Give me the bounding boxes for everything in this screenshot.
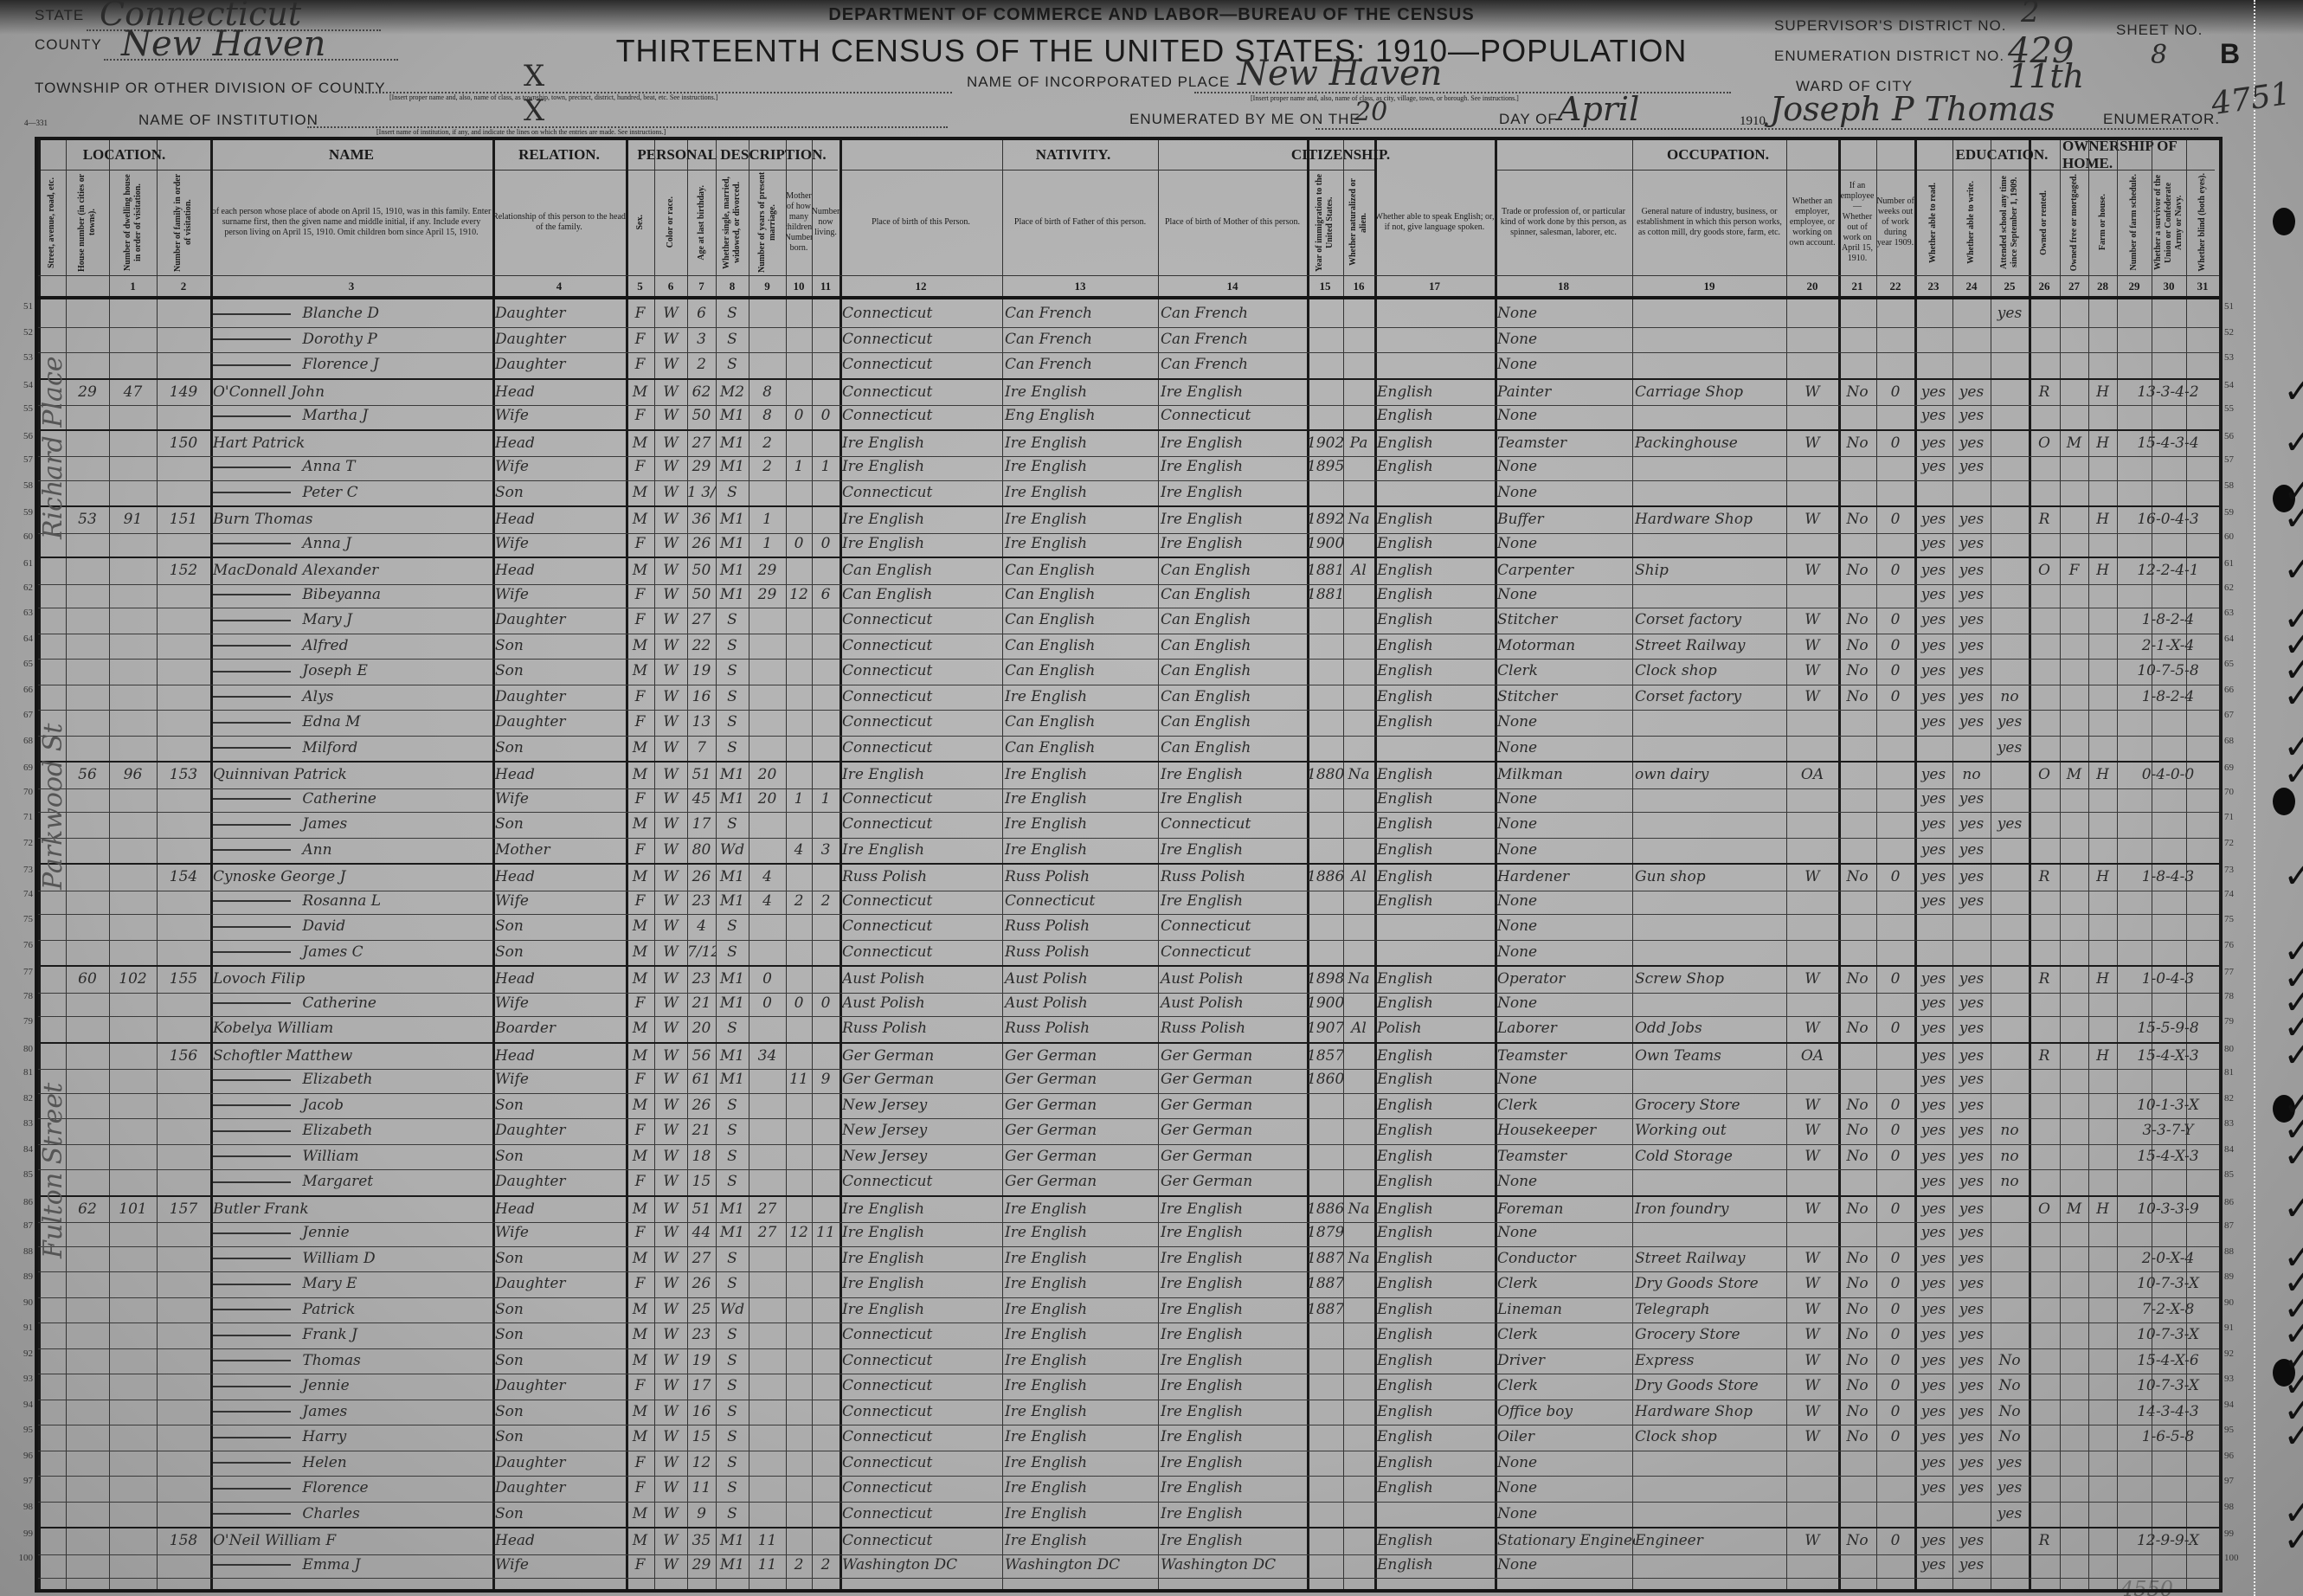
- line-number: 90: [7, 1297, 33, 1308]
- cell-school: [1991, 480, 2029, 505]
- table-row: 5858 Peter CSonMW1 3/12SConnecticutIre E…: [38, 480, 2219, 507]
- cell-dwell: [109, 659, 157, 684]
- cell-lang: English: [1374, 507, 1497, 532]
- cell-imm: [1307, 1144, 1343, 1169]
- cell-code: [2117, 1451, 2219, 1476]
- cell-pob: Connecticut: [840, 685, 1005, 710]
- given-name: David: [302, 917, 345, 935]
- cell-pob: Connecticut: [840, 1528, 1005, 1554]
- cell-mpob: Ire English: [1158, 454, 1309, 479]
- cell-dwell: [109, 1144, 157, 1169]
- cell-mpob: Connecticut: [1158, 914, 1309, 939]
- cell-dwell: [109, 812, 157, 837]
- cell-pob: Connecticut: [840, 1322, 1005, 1348]
- cell-ind: Grocery Store: [1632, 1322, 1789, 1348]
- ditto-dash: [213, 1360, 291, 1361]
- cell-own: [2029, 659, 2060, 684]
- cell-age: 35: [687, 1528, 716, 1554]
- cell-dwell: [109, 1093, 157, 1118]
- cell-race: W: [654, 1169, 687, 1194]
- cell-fh: [2088, 301, 2117, 326]
- cell-ms: M1: [716, 1528, 749, 1554]
- cell-nat: [1343, 940, 1374, 965]
- cell-born: 0: [786, 531, 812, 557]
- column-heading: Farm or house.: [2088, 171, 2117, 274]
- cell-age: 29: [687, 454, 716, 479]
- cell-yrs: [749, 1093, 786, 1118]
- cell-ms: M1: [716, 1067, 749, 1092]
- line-number: 93: [7, 1374, 33, 1384]
- cell-oow: [1838, 327, 1876, 352]
- person-name: Catherine: [210, 787, 495, 812]
- table-row: 8888 William DSonMW27SIre EnglishIre Eng…: [38, 1246, 2219, 1273]
- cell-race: W: [654, 967, 687, 992]
- cell-mpob: Ire English: [1158, 1197, 1309, 1222]
- cell-rel: Boarder: [492, 1016, 628, 1041]
- line-number-right: 65: [2224, 659, 2259, 669]
- cell-read: yes: [1914, 1044, 1952, 1069]
- cell-wks: [1876, 1553, 1914, 1578]
- cell-school: no: [1991, 685, 2029, 710]
- cell-yrs: [749, 1297, 786, 1322]
- cell-ind: [1632, 710, 1789, 735]
- column-number: 10: [786, 275, 812, 297]
- cell-school: yes: [1991, 736, 2029, 761]
- line-number-right: 74: [2224, 889, 2259, 899]
- cell-ms: S: [716, 1348, 749, 1374]
- cell-yrs: 0: [749, 991, 786, 1016]
- cell-house: [66, 1476, 109, 1501]
- person-name: Alys: [210, 685, 495, 710]
- cell-fh: [2088, 787, 2117, 812]
- cell-fpob: Ire English: [1002, 1451, 1161, 1476]
- column-number: 25: [1991, 275, 2029, 297]
- line-number-right: 90: [2224, 1297, 2259, 1308]
- cell-ind: [1632, 1067, 1789, 1092]
- cell-fam: [157, 1246, 210, 1271]
- ditto-dash: [213, 1258, 291, 1259]
- cell-imm: [1307, 787, 1343, 812]
- cell-ind: Clock shop: [1632, 1425, 1789, 1450]
- cell-living: [812, 1197, 840, 1222]
- cell-dwell: [109, 1374, 157, 1399]
- cell-ind: [1632, 736, 1789, 761]
- cell-own: [2029, 531, 2060, 557]
- column-heading: Whether an employer, employee, or workin…: [1786, 171, 1838, 274]
- cell-pob: Connecticut: [840, 710, 1005, 735]
- cell-mpob: Ger German: [1158, 1118, 1309, 1143]
- cell-fh: [2088, 991, 2117, 1016]
- cell-oow: [1838, 736, 1876, 761]
- cell-nat: [1343, 659, 1374, 684]
- cell-fam: [157, 1451, 210, 1476]
- table-row: 5252 Dorothy PDaughterFW3SConnecticutCan…: [38, 327, 2219, 354]
- cell-read: yes: [1914, 1348, 1952, 1374]
- cell-yrs: 1: [749, 507, 786, 532]
- cell-race: W: [654, 914, 687, 939]
- cell-race: W: [654, 710, 687, 735]
- cell-code: 13-3-4-2: [2117, 380, 2219, 405]
- cell-read: [1914, 327, 1952, 352]
- surname: Burn: [213, 511, 250, 528]
- given-name: Jennie: [302, 1377, 349, 1394]
- cell-read: yes: [1914, 1197, 1952, 1222]
- line-number-right: 62: [2224, 582, 2259, 593]
- cell-oow: No: [1838, 1400, 1876, 1425]
- cell-born: [786, 736, 812, 761]
- cell-age: 19: [687, 1348, 716, 1374]
- ditto-dash: [213, 1232, 291, 1234]
- cell-occ: Stitcher: [1495, 608, 1635, 633]
- cell-race: W: [654, 1425, 687, 1450]
- cell-fam: [157, 327, 210, 352]
- cell-own: [2029, 634, 2060, 659]
- cell-occ: Lineman: [1495, 1297, 1635, 1322]
- cell-lang: English: [1374, 403, 1497, 428]
- cell-yrs: 29: [749, 582, 786, 608]
- cell-emp: W: [1786, 1016, 1838, 1041]
- person-name: Burn Thomas: [210, 507, 495, 532]
- column-number: 19: [1632, 275, 1786, 297]
- cell-fpob: Ire English: [1002, 1348, 1161, 1374]
- ditto-dash: [213, 467, 291, 468]
- cell-ind: Working out: [1632, 1118, 1789, 1143]
- cell-born: [786, 1144, 812, 1169]
- cell-oow: No: [1838, 1197, 1876, 1222]
- cell-code: 16-0-4-3: [2117, 507, 2219, 532]
- cell-code: [2117, 582, 2219, 608]
- cell-dwell: [109, 710, 157, 735]
- cell-dwell: [109, 1322, 157, 1348]
- given-name: Elizabeth: [302, 1071, 372, 1088]
- cell-nat: Na: [1343, 507, 1374, 532]
- cell-pob: Connecticut: [840, 403, 1005, 428]
- cell-race: W: [654, 763, 687, 788]
- given-name: Frank: [264, 1200, 308, 1218]
- cell-race: W: [654, 1553, 687, 1578]
- line-number: 66: [7, 685, 33, 695]
- cell-race: W: [654, 685, 687, 710]
- cell-oow: No: [1838, 1118, 1876, 1143]
- ditto-dash: [213, 900, 291, 902]
- cell-write: [1952, 914, 1991, 939]
- cell-born: [786, 1169, 812, 1194]
- cell-ind: Corset factory: [1632, 685, 1789, 710]
- cell-wks: 0: [1876, 1246, 1914, 1271]
- line-number: 83: [7, 1118, 33, 1129]
- cell-sex: F: [626, 1220, 654, 1245]
- cell-code: [2117, 812, 2219, 837]
- cell-race: W: [654, 1322, 687, 1348]
- cell-nat: Al: [1343, 1016, 1374, 1041]
- cell-school: [1991, 1271, 2029, 1297]
- cell-race: W: [654, 1502, 687, 1527]
- cell-fm: [2060, 685, 2088, 710]
- cell-fh: [2088, 889, 2117, 914]
- cell-oow: No: [1838, 558, 1876, 583]
- cell-ms: S: [716, 812, 749, 837]
- line-number-right: 85: [2224, 1169, 2259, 1180]
- tally-check-icon: ✓: [2283, 1136, 2303, 1175]
- cell-fh: [2088, 1246, 2117, 1271]
- cell-living: [812, 380, 840, 405]
- given-name: Alys: [302, 688, 333, 705]
- cell-fh: [2088, 1271, 2117, 1297]
- cell-born: [786, 480, 812, 505]
- cell-ms: S: [716, 1093, 749, 1118]
- cell-wks: 0: [1876, 1093, 1914, 1118]
- column-heading: Number now living.: [812, 171, 840, 274]
- person-name: Anna T: [210, 454, 495, 479]
- cell-wks: 0: [1876, 1400, 1914, 1425]
- cell-dwell: [109, 1451, 157, 1476]
- cell-emp: [1786, 812, 1838, 837]
- ditto-dash: [213, 1181, 291, 1183]
- cell-occ: Housekeeper: [1495, 1118, 1635, 1143]
- cell-house: [66, 1528, 109, 1554]
- cell-fpob: Ger German: [1002, 1144, 1161, 1169]
- column-heading-text: of each person whose place of abode on A…: [210, 207, 492, 238]
- cell-rel: Son: [492, 1297, 628, 1322]
- cell-born: [786, 301, 812, 326]
- cell-ind: [1632, 1553, 1789, 1578]
- cell-yrs: 20: [749, 787, 786, 812]
- cell-nat: Na: [1343, 1197, 1374, 1222]
- cell-code: [2117, 889, 2219, 914]
- cell-oow: No: [1838, 659, 1876, 684]
- cell-code: [2117, 352, 2219, 377]
- cell-pob: Connecticut: [840, 327, 1005, 352]
- cell-imm: [1307, 710, 1343, 735]
- cell-fpob: Ire English: [1002, 1476, 1161, 1501]
- column-heading-text: Whether able to read.: [1928, 183, 1939, 263]
- cell-fam: 149: [157, 380, 210, 405]
- column-heading: Street, avenue, road, etc.: [38, 171, 66, 274]
- cell-rel: Son: [492, 914, 628, 939]
- line-number-right: 75: [2224, 914, 2259, 924]
- cell-ind: Grocery Store: [1632, 1093, 1789, 1118]
- cell-write: yes: [1952, 1016, 1991, 1041]
- cell-rel: Son: [492, 1400, 628, 1425]
- cell-imm: [1307, 380, 1343, 405]
- cell-mpob: Can English: [1158, 582, 1309, 608]
- cell-born: [786, 812, 812, 837]
- person-name: Ann: [210, 838, 495, 863]
- cell-ind: [1632, 1169, 1789, 1194]
- cell-read: yes: [1914, 710, 1952, 735]
- cell-ms: S: [716, 1502, 749, 1527]
- cell-wks: 0: [1876, 1144, 1914, 1169]
- ditto-dash: [213, 1130, 291, 1132]
- cell-pob: Connecticut: [840, 1476, 1005, 1501]
- cell-fm: [2060, 454, 2088, 479]
- line-number-right: 67: [2224, 710, 2259, 720]
- table-row: 59595391151Burn ThomasHeadMW36M11Ire Eng…: [38, 505, 2219, 534]
- cell-yrs: [749, 1476, 786, 1501]
- enumerated-day: 20: [1354, 97, 1387, 127]
- line-number-right: 57: [2224, 454, 2259, 465]
- cell-dwell: 96: [109, 763, 157, 788]
- column-number: 16: [1343, 275, 1374, 297]
- cell-wks: 0: [1876, 558, 1914, 583]
- cell-occ: Stitcher: [1495, 685, 1635, 710]
- cell-oow: No: [1838, 608, 1876, 633]
- cell-rel: Wife: [492, 403, 628, 428]
- cell-school: [1991, 1322, 2029, 1348]
- cell-age: 4: [687, 914, 716, 939]
- cell-emp: W: [1786, 431, 1838, 456]
- cell-emp: OA: [1786, 1044, 1838, 1069]
- cell-age: 20: [687, 1016, 716, 1041]
- surname: Butler: [213, 1200, 260, 1218]
- institution-value: X: [524, 93, 544, 128]
- cell-lang: English: [1374, 865, 1497, 890]
- column-number: 15: [1307, 275, 1343, 297]
- cell-age: 16: [687, 1400, 716, 1425]
- given-name: Charles: [302, 1505, 359, 1522]
- cell-emp: [1786, 736, 1838, 761]
- cell-occ: None: [1495, 1476, 1635, 1501]
- cell-oow: [1838, 1553, 1876, 1578]
- column-heading-text: Sex.: [635, 215, 646, 230]
- column-heading-text: Whether a survivor of the Union or Confe…: [2153, 171, 2184, 274]
- table-row: 7272 AnnMotherFW80Wd43Ire EnglishIre Eng…: [38, 838, 2219, 865]
- cell-rel: Daughter: [492, 1169, 628, 1194]
- cell-rel: Son: [492, 634, 628, 659]
- column-heading-text: Trade or profession of, or particular ki…: [1495, 207, 1632, 238]
- cell-read: yes: [1914, 431, 1952, 456]
- cell-fh: [2088, 659, 2117, 684]
- given-name: Jacob: [302, 1097, 344, 1114]
- cell-wks: [1876, 914, 1914, 939]
- cell-emp: [1786, 327, 1838, 352]
- cell-race: W: [654, 1118, 687, 1143]
- cell-oow: [1838, 582, 1876, 608]
- given-name: Mary J: [302, 611, 352, 628]
- cell-age: 19: [687, 659, 716, 684]
- cell-fm: [2060, 812, 2088, 837]
- cell-fh: [2088, 1400, 2117, 1425]
- cell-lang: [1374, 940, 1497, 965]
- cell-school: [1991, 352, 2029, 377]
- line-number-right: 78: [2224, 991, 2259, 1001]
- column-heading-text: Owned free or mortgaged.: [2069, 174, 2080, 271]
- ditto-dash: [213, 543, 291, 544]
- cell-sex: M: [626, 865, 654, 890]
- cell-pob: Connecticut: [840, 1374, 1005, 1399]
- cell-wks: [1876, 582, 1914, 608]
- cell-nat: [1343, 787, 1374, 812]
- cell-fpob: Ire English: [1002, 1425, 1161, 1450]
- cell-imm: [1307, 1322, 1343, 1348]
- line-number: 85: [7, 1169, 33, 1180]
- cell-fm: [2060, 1093, 2088, 1118]
- cell-living: [812, 1144, 840, 1169]
- cell-pob: Connecticut: [840, 1400, 1005, 1425]
- cell-dwell: [109, 1067, 157, 1092]
- person-name: Dorothy P: [210, 327, 495, 352]
- cell-fam: [157, 889, 210, 914]
- cell-wks: 0: [1876, 1297, 1914, 1322]
- line-number-right: 88: [2224, 1246, 2259, 1257]
- cell-occ: None: [1495, 1451, 1635, 1476]
- cell-lang: English: [1374, 1451, 1497, 1476]
- cell-fm: [2060, 736, 2088, 761]
- cell-pob: Ger German: [840, 1067, 1005, 1092]
- cell-wks: [1876, 812, 1914, 837]
- cell-living: [812, 634, 840, 659]
- cell-oow: No: [1838, 967, 1876, 992]
- cell-own: R: [2029, 1528, 2060, 1554]
- column-heading-text: Whether blind (both eyes).: [2197, 173, 2208, 272]
- ditto-dash: [213, 951, 291, 953]
- line-number: 94: [7, 1400, 33, 1410]
- cell-fm: [2060, 1271, 2088, 1297]
- cell-fam: [157, 454, 210, 479]
- cell-ind: [1632, 454, 1789, 479]
- cell-write: yes: [1952, 838, 1991, 863]
- cell-wks: [1876, 991, 1914, 1016]
- person-name: Jennie: [210, 1220, 495, 1245]
- line-number-right: 82: [2224, 1093, 2259, 1104]
- given-name: Margaret: [302, 1173, 373, 1190]
- cell-write: yes: [1952, 967, 1991, 992]
- tally-check-icon: ✓: [2283, 499, 2303, 538]
- cell-race: W: [654, 812, 687, 837]
- cell-yrs: [749, 608, 786, 633]
- cell-fpob: Aust Polish: [1002, 991, 1161, 1016]
- cell-occ: Clerk: [1495, 1322, 1635, 1348]
- cell-lang: English: [1374, 787, 1497, 812]
- cell-imm: [1307, 403, 1343, 428]
- cell-emp: W: [1786, 1297, 1838, 1322]
- cell-dwell: [109, 301, 157, 326]
- enumerator-label: Enumerator.: [2103, 111, 2220, 128]
- cell-rel: Daughter: [492, 1374, 628, 1399]
- cell-oow: No: [1838, 380, 1876, 405]
- cell-dwell: [109, 1502, 157, 1527]
- cell-fam: 153: [157, 763, 210, 788]
- cell-pob: Can English: [840, 558, 1005, 583]
- given-name: Dorothy P: [302, 331, 376, 348]
- cell-oow: [1838, 403, 1876, 428]
- ditto-dash: [213, 415, 291, 417]
- cell-pob: Connecticut: [840, 608, 1005, 633]
- cell-own: [2029, 1400, 2060, 1425]
- cell-mpob: Ire English: [1158, 787, 1309, 812]
- column-number: 21: [1838, 275, 1876, 297]
- cell-ms: S: [716, 1476, 749, 1501]
- cell-age: 50: [687, 403, 716, 428]
- line-number: 96: [7, 1451, 33, 1461]
- cell-age: 1 3/12: [687, 480, 716, 505]
- person-name: Anna J: [210, 531, 495, 557]
- cell-wks: 0: [1876, 431, 1914, 456]
- given-name: James: [302, 1403, 347, 1420]
- person-name: Kobelya William: [210, 1016, 495, 1041]
- cell-occ: Driver: [1495, 1348, 1635, 1374]
- cell-fh: [2088, 1322, 2117, 1348]
- column-heading-text: Number of dwelling house in order of vis…: [123, 171, 144, 274]
- table-row: 9696 HelenDaughterFW12SConnecticutIre En…: [38, 1451, 2219, 1477]
- cell-own: [2029, 940, 2060, 965]
- cell-wks: [1876, 1067, 1914, 1092]
- cell-code: [2117, 301, 2219, 326]
- cell-wks: 0: [1876, 1118, 1914, 1143]
- cell-age: 26: [687, 865, 716, 890]
- given-name: Matthew: [286, 1047, 353, 1065]
- column-heading: Whether blind (both eyes).: [2186, 171, 2219, 274]
